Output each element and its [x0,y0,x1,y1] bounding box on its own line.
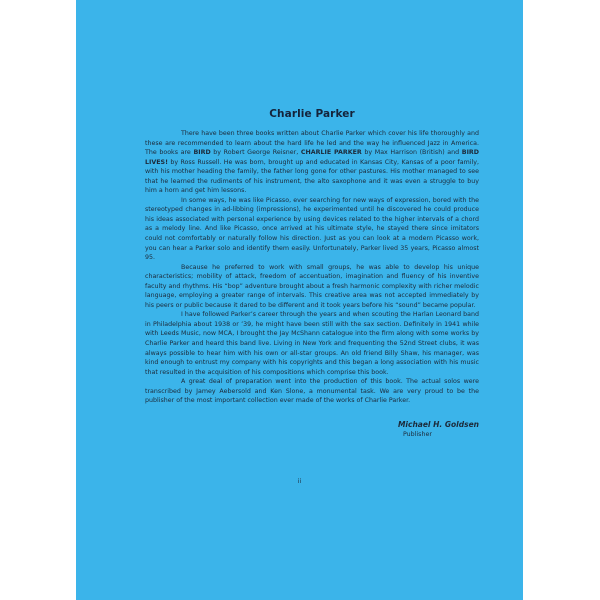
book-title: CHARLIE PARKER [301,149,362,156]
paragraph: Because he preferred to work with small … [145,263,479,311]
text-run: I have followed Parker’s career through … [145,311,479,375]
page-title: Charlie Parker [145,107,479,121]
paragraph: I have followed Parker’s career through … [145,310,479,377]
signature-block: Michael H. Goldsen Publisher [145,420,479,440]
text-run: In some ways, he was like Picasso, ever … [145,197,479,261]
signature-name: Michael H. Goldsen [145,420,479,430]
document-page: Charlie Parker There have been three boo… [76,0,523,600]
paragraph: There have been three books written abou… [145,129,479,196]
page-number: ii [76,478,523,485]
text-run: by Robert George Reisner, [211,149,301,156]
text-run: by Ross Russell. He was born, brought up… [145,159,479,195]
page-content: Charlie Parker There have been three boo… [145,107,479,440]
paragraph: A great deal of preparation went into th… [145,377,479,406]
book-title: BIRD [193,149,210,156]
paragraph: In some ways, he was like Picasso, ever … [145,196,479,263]
body-text: There have been three books written abou… [145,129,479,406]
signature-role: Publisher [403,430,479,440]
text-run: by Max Harrison (British) and [362,149,462,156]
text-run: A great deal of preparation went into th… [145,378,479,404]
text-run: Because he preferred to work with small … [145,264,479,309]
